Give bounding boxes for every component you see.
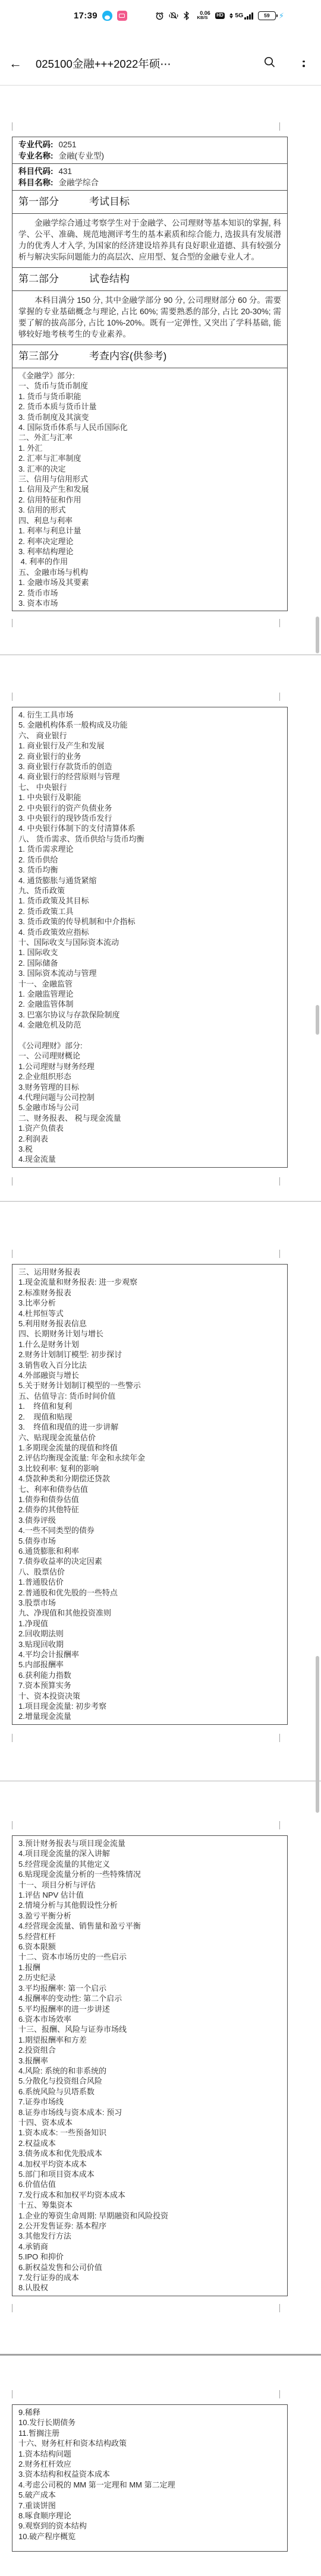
outline-item: 5.金融市场与公司 — [18, 1102, 281, 1112]
section-heading: 第二部分 试卷结构 — [12, 268, 287, 291]
outline-item: 1.现金流量和财务报表: 进一步观察 — [18, 1277, 281, 1287]
outline-item: 7.重谈饼图 — [18, 2501, 281, 2511]
paragraph: 金融学综合通过考察学生对于金融学、公司理财等基本知识的掌握, 科学、公平、准确、… — [12, 214, 287, 268]
outline-item: 4. 货币政策效应指标 — [18, 927, 281, 937]
signal-bars-icon — [244, 12, 253, 20]
outline-item: 2. 汇率与汇率制度 — [18, 453, 281, 463]
clock-time: 17:39 — [74, 11, 97, 21]
outline-item: 4. 国际货币体系与人民币国际化 — [18, 422, 281, 432]
outline-item: 4.加权平均资本成本 — [18, 2159, 281, 2169]
outline-item: 二、财务报表、 税与现金流量 — [18, 1113, 281, 1123]
outline-item: 2. 中央银行的资产负债业务 — [18, 803, 281, 813]
outline-item: 10.发行长期债务 — [18, 2417, 281, 2428]
page-break-line — [0, 2354, 321, 2356]
doc-block-list: 4. 衍生工具市场5. 金融机构体系一般构成及功能六、 商业银行1. 商业银行及… — [12, 707, 287, 1167]
outline-item: 七、利率和债券估值 — [18, 1484, 281, 1494]
battery-nub — [276, 14, 278, 17]
outline-item: 1.净现值 — [18, 1619, 281, 1629]
outline-item: 8.认股权 — [18, 2283, 281, 2293]
scrollbar-thumb[interactable] — [316, 1005, 319, 1035]
outline-item: 4.平均会计报酬率 — [18, 1649, 281, 1660]
crop-mark — [12, 2304, 12, 2312]
outline-item: 5.利用财务报表信息 — [18, 1319, 281, 1329]
outline-item: 3.债务成本和优先股成本 — [18, 2148, 281, 2158]
outline-item: 六、 商业银行 — [18, 731, 281, 741]
outline-item: 4.贷款种类和分期偿还贷款 — [18, 1474, 281, 1484]
crop-mark — [279, 619, 280, 627]
outline-item: 3.税 — [18, 1144, 281, 1154]
status-bar: 17:39 0.06 KB/S HD 5G 59 ⚡ — [0, 7, 321, 24]
outline-item: 七、 中央银行 — [18, 782, 281, 792]
outline-item: 6.资本市场效率 — [18, 2014, 281, 2024]
outline-item: 3.报酬率 — [18, 2056, 281, 2066]
outline-item: 2.标准财务报表 — [18, 1288, 281, 1298]
doc-block-list: 《金融学》部分:一、货币与货币制度1. 货币与货币职能2. 货币本质与货币计量3… — [12, 368, 287, 611]
outline-item: 3. 商业银行存款货币的创造 — [18, 761, 281, 772]
doc-block-list: 3.预计财务报表与项目现金流量4.项目现金流量的深入讲解5.经营现金流量的其他定… — [12, 1836, 287, 2296]
document-page-5: 9.稀释10.发行长期债务11.暂搁注册十六、财务杠杆和资本结构政策1.资本结构… — [12, 2404, 288, 2552]
outline-item: 3.债券评级 — [18, 1515, 281, 1525]
page-break-line — [0, 655, 321, 655]
outline-item: 5.分散化与投资组合风险 — [18, 2076, 281, 2086]
outline-item: 2.评估均衡现金流量: 年金和永续年金 — [18, 1453, 281, 1463]
network-type-label: 5G — [235, 12, 243, 19]
crop-mark — [12, 2390, 12, 2398]
outline-item: 3.预计财务报表与项目现金流量 — [18, 1838, 281, 1848]
outline-item: 《金融学》部分: — [18, 371, 281, 381]
field-line: 专业代码:0251 — [18, 139, 281, 150]
outline-item: 2.企业组织形态 — [18, 1072, 281, 1082]
outline-item: 5.内部报酬率 — [18, 1660, 281, 1670]
outline-item: 3. 资本市场 — [18, 598, 281, 608]
outline-item: 十六、财务杠杆和资本结构政策 — [18, 2438, 281, 2448]
more-menu-button[interactable] — [287, 61, 321, 67]
outline-item: 九、货币政策 — [18, 886, 281, 896]
outline-item: 4.项目现金流量的深入讲解 — [18, 1848, 281, 1858]
outline-item: 3.销售收入百分比法 — [18, 1360, 281, 1370]
outline-item: 5.债券市场 — [18, 1536, 281, 1546]
outline-item: 2.普通股和优先股的一些特点 — [18, 1588, 281, 1598]
outline-item: 3. 巴塞尔协议与存款保险制度 — [18, 1010, 281, 1020]
outline-item: 3. 信用的形式 — [18, 505, 281, 515]
outline-item: 十一、项目分析与评估 — [18, 1880, 281, 1890]
outline-item: 2.财务计划制订模型: 初步探讨 — [18, 1349, 281, 1360]
section-heading: 第三部分 考查内容(供参考) — [12, 345, 287, 368]
field-label: 科目代码: — [18, 167, 53, 176]
charging-bolt-icon: ⚡ — [279, 12, 284, 20]
outline-item: 十三、报酬、风险与证券市场线 — [18, 2024, 281, 2034]
outline-item: 1.什么是财务计划 — [18, 1339, 281, 1349]
outline-item: 3. 中央银行的现钞货币发行 — [18, 813, 281, 823]
crop-mark — [279, 2304, 280, 2312]
outline-item: 十一、金融监管 — [18, 979, 281, 989]
outline-item: 6.系统风险与贝塔系数 — [18, 2087, 281, 2097]
outline-item: 1.资产负债表 — [18, 1123, 281, 1133]
outline-item: 1.期望报酬率和方差 — [18, 2035, 281, 2045]
outline-item: 4.杜邦恒等式 — [18, 1308, 281, 1319]
section-heading: 第一部分 考试目标 — [12, 191, 287, 214]
nav-bar: ← 025100金融+++2022年硕⋯ — [0, 50, 321, 77]
outline-item: 3.贴现回收期 — [18, 1639, 281, 1649]
outline-item: 6.资本限额 — [18, 1942, 281, 1952]
field-label: 专业名称: — [18, 151, 53, 160]
outline-item: 二、外汇与汇率 — [18, 432, 281, 442]
field-value: 0251 — [59, 140, 77, 149]
field-value: 金融学综合 — [59, 178, 99, 187]
outline-item: 4. 利率的作用 — [18, 557, 281, 567]
outline-item: 1. 终值和复利 — [18, 1401, 281, 1411]
crop-mark — [12, 1250, 12, 1258]
outline-item: 3. 终值和现值的进一步讲解 — [18, 1422, 281, 1432]
outline-item: 4.考虑公司税的 MM 第一定理和 MM 第二定理 — [18, 2480, 281, 2490]
outline-item: 2.历史纪录 — [18, 1973, 281, 1983]
outline-item: 1. 外汇 — [18, 443, 281, 453]
qq-app-icon — [102, 11, 112, 21]
outline-item: 4.承销商 — [18, 2242, 281, 2252]
alarm-clock-icon — [155, 11, 164, 20]
pink-app-icon — [117, 11, 127, 21]
outline-item: 4. 金融危机及防范 — [18, 1020, 281, 1030]
outline-item: 6.价值估值 — [18, 2179, 281, 2189]
document-page-1: 专业代码:0251专业名称:金融(专业型)科目代码:431科目名称:金融学综合第… — [12, 137, 288, 611]
outline-item: 《公司理财》部分: — [18, 1041, 281, 1051]
outline-item: 六、贴现现金流量估价 — [18, 1433, 281, 1443]
field-value: 431 — [59, 167, 73, 176]
outline-item: 2. 货币市场 — [18, 588, 281, 598]
outline-item: 1. 信用及产生和发展 — [18, 484, 281, 494]
outline-item: 1. 中央银行及职能 — [18, 792, 281, 802]
outline-item: 1. 货币与货币职能 — [18, 391, 281, 402]
outline-item: 2. 金融监管体制 — [18, 999, 281, 1009]
crop-mark — [279, 1734, 280, 1742]
outline-item: 10.破产程序概览 — [18, 2531, 281, 2542]
outline-item: 1. 商业银行及产生和发展 — [18, 741, 281, 751]
search-button[interactable] — [252, 56, 287, 71]
outline-item: 4.报酬率的变动性: 第二个启示 — [18, 1993, 281, 2003]
outline-item: 四、长期财务计划与增长 — [18, 1329, 281, 1339]
outline-item: 一、货币与货币制度 — [18, 381, 281, 391]
page-break-line — [0, 1201, 321, 1202]
crop-mark — [279, 1821, 280, 1829]
document-page-3: 三、运用财务报表1.现金流量和财务报表: 进一步观察2.标准财务报表3.比率分析… — [12, 1264, 288, 1725]
outline-item: 6.贴现现金流量分析的一些特殊情况 — [18, 1869, 281, 1879]
outline-item: 十、资本投资决策 — [18, 1691, 281, 1701]
field-value: 金融(专业型) — [59, 151, 105, 160]
network-speed-unit: KB/S — [197, 15, 208, 20]
outline-item: 2.债券的其他特征 — [18, 1504, 281, 1515]
outline-item: 2.权益成本 — [18, 2138, 281, 2148]
scrollbar-thumb[interactable] — [316, 1656, 319, 1813]
battery-percent: 59 — [258, 11, 276, 20]
outline-item: 2.公开发售证券: 基本程序 — [18, 2221, 281, 2231]
outline-item: 1. 货币需求理论 — [18, 844, 281, 854]
field-line: 科目代码:431 — [18, 166, 281, 177]
status-bar-right: 0.06 KB/S HD 5G 59 ⚡ — [155, 11, 284, 20]
search-icon — [263, 56, 276, 71]
outline-item: 7.债券收益率的决定因素 — [18, 1556, 281, 1566]
outline-item: 十四、资本成本 — [18, 2117, 281, 2128]
outline-item: 4.风险: 系统的和非系统的 — [18, 2066, 281, 2076]
outline-item: 1.普通股估价 — [18, 1577, 281, 1587]
document-page-4: 3.预计财务报表与项目现金流量4.项目现金流量的深入讲解5.经营现金流量的其他定… — [12, 1835, 288, 2296]
outline-item: 4.外部融资与增长 — [18, 1370, 281, 1380]
nav-divider — [0, 85, 321, 86]
outline-item: 11.暂搁注册 — [18, 2428, 281, 2438]
outline-item: 5.经营杠杆 — [18, 1932, 281, 1942]
more-dot-icon — [303, 61, 305, 63]
outline-item: 6.获利能力指数 — [18, 1670, 281, 1680]
crop-mark — [279, 2390, 280, 2398]
outline-item: 3.比率分析 — [18, 1298, 281, 1308]
outline-item: 2. 商业银行的业务 — [18, 751, 281, 761]
outline-item: 4. 衍生工具市场 — [18, 710, 281, 720]
field-line: 专业名称:金融(专业型) — [18, 150, 281, 162]
outline-item: 九、净现值和其他投资准则 — [18, 1608, 281, 1618]
outline-item: 1.多期现金流量的现值和终值 — [18, 1443, 281, 1453]
outline-item: 9.观察到的资本结构 — [18, 2521, 281, 2531]
outline-item: 2. 现值和贴现 — [18, 1412, 281, 1422]
crop-mark — [12, 619, 12, 627]
outline-item: 1.资本结构问题 — [18, 2449, 281, 2459]
outline-item: 1.公司理财与财务经理 — [18, 1061, 281, 1072]
outline-item: 2.投资组合 — [18, 2045, 281, 2055]
doc-block-list: 9.稀释10.发行长期债务11.暂搁注册十六、财务杠杆和资本结构政策1.资本结构… — [12, 2405, 287, 2544]
outline-item: 3. 汇率的决定 — [18, 464, 281, 474]
outline-item: 3.股票市场 — [18, 1598, 281, 1608]
back-arrow-icon: ← — [9, 57, 22, 70]
outline-item: 五、估值导言: 货币时间价值 — [18, 1391, 281, 1401]
outline-item: 2. 货币政策工具 — [18, 906, 281, 916]
outline-item: 2.回收期法则 — [18, 1629, 281, 1639]
outline-item: 1. 利率与利息计量 — [18, 526, 281, 536]
outline-item: 3. 国际资本流动与管理 — [18, 968, 281, 978]
outline-item: 1.资本成本: 一些预备知识 — [18, 2128, 281, 2138]
outline-item: 4.一些不同类型的债券 — [18, 1525, 281, 1535]
outline-item: 3. 货币均衡 — [18, 865, 281, 875]
status-bar-left: 17:39 — [74, 11, 127, 21]
paragraph: 本科目满分 150 分, 其中金融学部分 90 分, 公司理财部分 60 分。需… — [12, 291, 287, 345]
outline-item: 3.平均报酬率: 第一个启示 — [18, 1983, 281, 1993]
document-page-2: 4. 衍生工具市场5. 金融机构体系一般构成及功能六、 商业银行1. 商业银行及… — [12, 707, 288, 1168]
outline-item: 1. 货币政策及其目标 — [18, 896, 281, 906]
more-dot-icon — [303, 65, 305, 67]
outline-item: 2. 国际储备 — [18, 958, 281, 968]
crop-mark — [279, 1250, 280, 1258]
outline-item: 3. 利率结构理论 — [18, 546, 281, 557]
outline-item: 2.情境分析与其他假设性分析 — [18, 1900, 281, 1910]
5g-signal-icon: 5G — [229, 12, 253, 20]
back-button[interactable]: ← — [0, 57, 31, 70]
outline-item: 1.报酬 — [18, 1962, 281, 1973]
outline-item: 7.发行证券的成本 — [18, 2272, 281, 2283]
outline-item: 1.企业的筹资生命周期: 早期融资和风险投资 — [18, 2211, 281, 2221]
crop-mark — [12, 693, 12, 701]
outline-item: 3.资本结构和权益资本成本 — [18, 2469, 281, 2479]
outline-item: 8.啄食顺序理论 — [18, 2511, 281, 2521]
outline-item: 4. 商业银行的经营原则与管理 — [18, 772, 281, 782]
field-line: 科目名称:金融学综合 — [18, 177, 281, 188]
outline-item: 3. 货币政策的传导机制和中介指标 — [18, 916, 281, 927]
data-updown-arrows-icon — [229, 13, 233, 18]
outline-item: 十五、筹集资本 — [18, 2200, 281, 2210]
hd-badge: HD — [215, 12, 225, 19]
doc-block-kv: 专业代码:0251专业名称:金融(专业型) — [12, 137, 287, 164]
page-break-line — [0, 1781, 321, 1781]
screenshot-root: { "colors":{"accent_blue":"#35b6f2","qq_… — [0, 0, 321, 2576]
battery-indicator: 59 ⚡ — [258, 11, 284, 20]
outline-item: 十二、资本市场历史的一些启示 — [18, 1952, 281, 1962]
outline-item: 6.通货膨胀和利率 — [18, 1546, 281, 1556]
outline-item: 2. 信用特征和作用 — [18, 495, 281, 505]
outline-item: 2. 货币本质与货币计量 — [18, 402, 281, 412]
outline-item: 2.财务杠杆效应 — [18, 2459, 281, 2469]
outline-item: 5.关于财务计划制订模型的一些警示 — [18, 1380, 281, 1390]
crop-mark — [12, 1734, 12, 1742]
outline-item: 三、信用与信用形式 — [18, 474, 281, 484]
outline-item: 四、利息与利率 — [18, 516, 281, 526]
outline-item: 三、运用财务报表 — [18, 1267, 281, 1277]
outline-item: 3.盈亏平衡分析 — [18, 1911, 281, 1921]
outline-item: 3. 货币制度及其演变 — [18, 412, 281, 422]
field-label: 专业代码: — [18, 140, 53, 149]
outline-item: 6.新权益发售和公司价值 — [18, 2262, 281, 2272]
outline-item: 一、公司理财概论 — [18, 1051, 281, 1061]
outline-item: 1.债券和债券估值 — [18, 1494, 281, 1504]
outline-item: 5.经营现金流量的其他定义 — [18, 1859, 281, 1869]
outline-item: 5.破产成本 — [18, 2490, 281, 2500]
outline-item: 1. 国际收支 — [18, 947, 281, 957]
outline-item: 4. 中央银行体制下的支付清算体系 — [18, 823, 281, 833]
outline-item: 2. 货币供给 — [18, 855, 281, 865]
doc-block-kv: 科目代码:431科目名称:金融学综合 — [12, 164, 287, 191]
outline-item: 4. 通货膨胀与通货紧缩 — [18, 875, 281, 886]
outline-item: 3.比较利率: 复利的影响 — [18, 1464, 281, 1474]
outline-item: 5.部门和项目资本成本 — [18, 2169, 281, 2179]
outline-item: 7.证券市场线 — [18, 2097, 281, 2107]
outline-item: 十、国际收支与国际资本流动 — [18, 937, 281, 947]
outline-item: 八、 货币需求、货币供给与货币均衡 — [18, 834, 281, 844]
outline-item: 9.稀释 — [18, 2407, 281, 2417]
field-label: 科目名称: — [18, 178, 53, 187]
outline-item: 4.经营现金流量、销售量和盈亏平衡 — [18, 1921, 281, 1931]
doc-block-list: 三、运用财务报表1.现金流量和财务报表: 进一步观察2.标准财务报表3.比率分析… — [12, 1265, 287, 1724]
outline-item: 8.证券市场线与资本成本: 预习 — [18, 2107, 281, 2117]
outline-item: 7.发行成本和加权平均资本成本 — [18, 2190, 281, 2200]
vibrate-mute-icon — [169, 11, 178, 20]
outline-item: 2.增量现金流量 — [18, 1711, 281, 1721]
outline-item: 1. 金融监管理论 — [18, 989, 281, 999]
crop-mark — [279, 122, 280, 131]
outline-item: 4.代理问题与公司控制 — [18, 1092, 281, 1102]
outline-item: 2.利润表 — [18, 1134, 281, 1144]
outline-item — [18, 1031, 281, 1041]
crop-mark — [12, 1821, 12, 1829]
network-speed: 0.06 KB/S — [194, 11, 210, 20]
outline-item: 1.项目现金流量: 初步考察 — [18, 1701, 281, 1711]
bluetooth-icon — [183, 11, 190, 20]
outline-item: 5. 金融机构体系一般构成及功能 — [18, 720, 281, 730]
crop-mark — [12, 122, 12, 131]
scrollbar-thumb[interactable] — [316, 617, 319, 653]
crop-mark — [279, 693, 280, 701]
outline-item: 4.现金流量 — [18, 1154, 281, 1164]
crop-mark — [12, 1177, 12, 1186]
outline-item: 2. 利率决定理论 — [18, 536, 281, 546]
outline-item: 1.评估 NPV 估计值 — [18, 1890, 281, 1900]
page-title: 025100金融+++2022年硕⋯ — [36, 56, 252, 71]
outline-item: 7.资本预算实务 — [18, 1680, 281, 1690]
outline-item: 5.IPO 和抑价 — [18, 2252, 281, 2262]
outline-item: 八、股票估价 — [18, 1567, 281, 1577]
outline-item: 5.平均报酬率的进一步讲述 — [18, 2004, 281, 2014]
outline-item: 3.财务管理的目标 — [18, 1082, 281, 1092]
crop-mark — [279, 1177, 280, 1186]
outline-item: 3.其他发行方法 — [18, 2231, 281, 2241]
outline-item: 五、金融市场与机构 — [18, 567, 281, 577]
outline-item: 1. 金融市场及其要素 — [18, 577, 281, 587]
